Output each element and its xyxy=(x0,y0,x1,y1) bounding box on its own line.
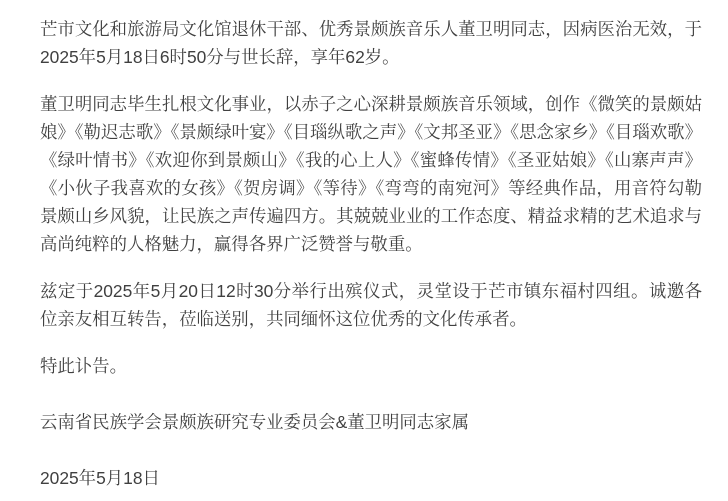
obituary-biography-paragraph: 董卫明同志毕生扎根文化事业，以赤子之心深耕景颇族音乐领域，创作《微笑的景颇姑娘》… xyxy=(40,90,702,258)
obituary-closing-line: 特此讣告。 xyxy=(40,352,702,380)
obituary-date-line: 2025年5月18日 xyxy=(40,464,702,492)
obituary-intro-paragraph: 芒市文化和旅游局文化馆退休干部、优秀景颇族音乐人董卫明同志，因病医治无效，于20… xyxy=(40,15,702,71)
obituary-signature-line: 云南省民族学会景颇族研究专业委员会&董卫明同志家属 xyxy=(40,408,702,436)
obituary-funeral-arrangements-paragraph: 兹定于2025年5月20日12时30分举行出殡仪式，灵堂设于芒市镇东福村四组。诚… xyxy=(40,277,702,333)
obituary-document: 芒市文化和旅游局文化馆退休干部、优秀景颇族音乐人董卫明同志，因病医治无效，于20… xyxy=(0,0,728,501)
